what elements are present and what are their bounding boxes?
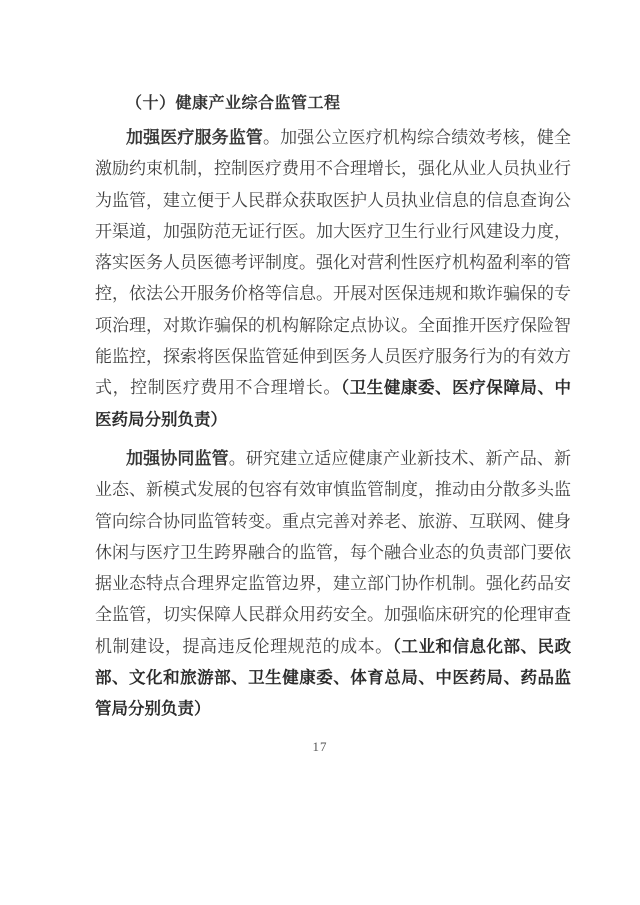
page-number: 17 <box>0 739 640 755</box>
body-text: 。加强公立医疗机构综合绩效考核，健全 <box>263 128 571 147</box>
body-text: 落实医务人员医德考评制度。强化对营利性医疗机构盈利率的管 <box>95 253 571 272</box>
body-text: 业态、新模式发展的包容有效审慎监管制度，推动由分散多头监 <box>95 480 571 499</box>
text-line: 管向综合协同监管转变。重点完善对养老、旅游、互联网、健身 <box>95 506 571 537</box>
body-text: 能监控，探索将医保监管延伸到医务人员医疗服务行为的有效方 <box>95 347 571 366</box>
responsible-agencies-text: （卫生健康委、医疗保障局、中 <box>341 379 571 397</box>
document-content: （十）健康产业综合监管工程 加强医疗服务监管。加强公立医疗机构综合绩效考核，健全… <box>95 88 571 725</box>
text-line: 开渠道，加强防范无证行医。加大医疗卫生行业行风建设力度， <box>95 216 571 247</box>
responsible-agencies-text: 医药局分别负责） <box>95 411 227 429</box>
text-line: 全监管，切实保障人民群众用药安全。加强临床研究的伦理审查 <box>95 599 571 630</box>
text-line: 据业态特点合理界定监管边界，建立部门协作机制。强化药品安 <box>95 568 571 599</box>
text-line: 落实医务人员医德考评制度。强化对营利性医疗机构盈利率的管 <box>95 247 571 278</box>
body-text: 管向综合协同监管转变。重点完善对养老、旅游、互联网、健身 <box>95 512 571 531</box>
section-heading: （十）健康产业综合监管工程 <box>95 88 571 120</box>
text-line: 为监管，建立便于人民群众获取医护人员执业信息的信息查询公 <box>95 185 571 216</box>
body-text: 休闲与医疗卫生跨界融合的监管，每个融合业态的负责部门要依 <box>95 543 571 562</box>
paragraph-lead-text: 加强医疗服务监管 <box>126 128 263 147</box>
text-line: 加强协同监管。研究建立适应健康产业新技术、新产品、新 <box>95 443 571 474</box>
paragraph-2: 加强协同监管。研究建立适应健康产业新技术、新产品、新业态、新模式发展的包容有效审… <box>95 443 571 725</box>
body-text: 激励约束机制，控制医疗费用不合理增长，强化从业人员执业行 <box>95 159 571 178</box>
body-text: 开渠道，加强防范无证行医。加大医疗卫生行业行风建设力度， <box>95 222 571 241</box>
text-line: 业态、新模式发展的包容有效审慎监管制度，推动由分散多头监 <box>95 474 571 505</box>
text-line: 部、文化和旅游部、卫生健康委、体育总局、中医药局、药品监 <box>95 662 571 693</box>
body-text: 机制建设，提高违反伦理规范的成本。 <box>95 637 393 656</box>
body-text: 式，控制医疗费用不合理增长。 <box>95 378 341 397</box>
text-line: 医药局分别负责） <box>95 404 571 435</box>
document-page: （十）健康产业综合监管工程 加强医疗服务监管。加强公立医疗机构综合绩效考核，健全… <box>0 0 640 905</box>
text-line: 能监控，探索将医保监管延伸到医务人员医疗服务行为的有效方 <box>95 341 571 372</box>
body-text: 控，依法公开服务价格等信息。开展对医保违规和欺诈骗保的专 <box>95 284 571 303</box>
text-line: 加强医疗服务监管。加强公立医疗机构综合绩效考核，健全 <box>95 122 571 153</box>
body-text: 项治理，对欺诈骗保的机构解除定点协议。全面推开医疗保险智 <box>95 316 571 335</box>
body-text: 全监管，切实保障人民群众用药安全。加强临床研究的伦理审查 <box>95 605 571 624</box>
text-line: 机制建设，提高违反伦理规范的成本。（工业和信息化部、民政 <box>95 631 571 662</box>
text-line: 管局分别负责） <box>95 693 571 724</box>
text-line: 控，依法公开服务价格等信息。开展对医保违规和欺诈骗保的专 <box>95 278 571 309</box>
responsible-agencies-text: 部、文化和旅游部、卫生健康委、体育总局、中医药局、药品监 <box>95 669 571 687</box>
document-body: 加强医疗服务监管。加强公立医疗机构综合绩效考核，健全激励约束机制，控制医疗费用不… <box>95 122 571 725</box>
paragraph-1: 加强医疗服务监管。加强公立医疗机构综合绩效考核，健全激励约束机制，控制医疗费用不… <box>95 122 571 435</box>
body-text: 据业态特点合理界定监管边界，建立部门协作机制。强化药品安 <box>95 574 571 593</box>
text-line: 项治理，对欺诈骗保的机构解除定点协议。全面推开医疗保险智 <box>95 310 571 341</box>
text-line: 激励约束机制，控制医疗费用不合理增长，强化从业人员执业行 <box>95 153 571 184</box>
text-line: 式，控制医疗费用不合理增长。（卫生健康委、医疗保障局、中 <box>95 372 571 403</box>
text-line: 休闲与医疗卫生跨界融合的监管，每个融合业态的负责部门要依 <box>95 537 571 568</box>
paragraph-lead-text: 加强协同监管 <box>126 449 229 468</box>
responsible-agencies-text: 管局分别负责） <box>95 700 211 718</box>
responsible-agencies-text: （工业和信息化部、民政 <box>393 638 571 656</box>
body-text: 。研究建立适应健康产业新技术、新产品、新 <box>229 449 571 468</box>
body-text: 为监管，建立便于人民群众获取医护人员执业信息的信息查询公 <box>95 191 571 210</box>
